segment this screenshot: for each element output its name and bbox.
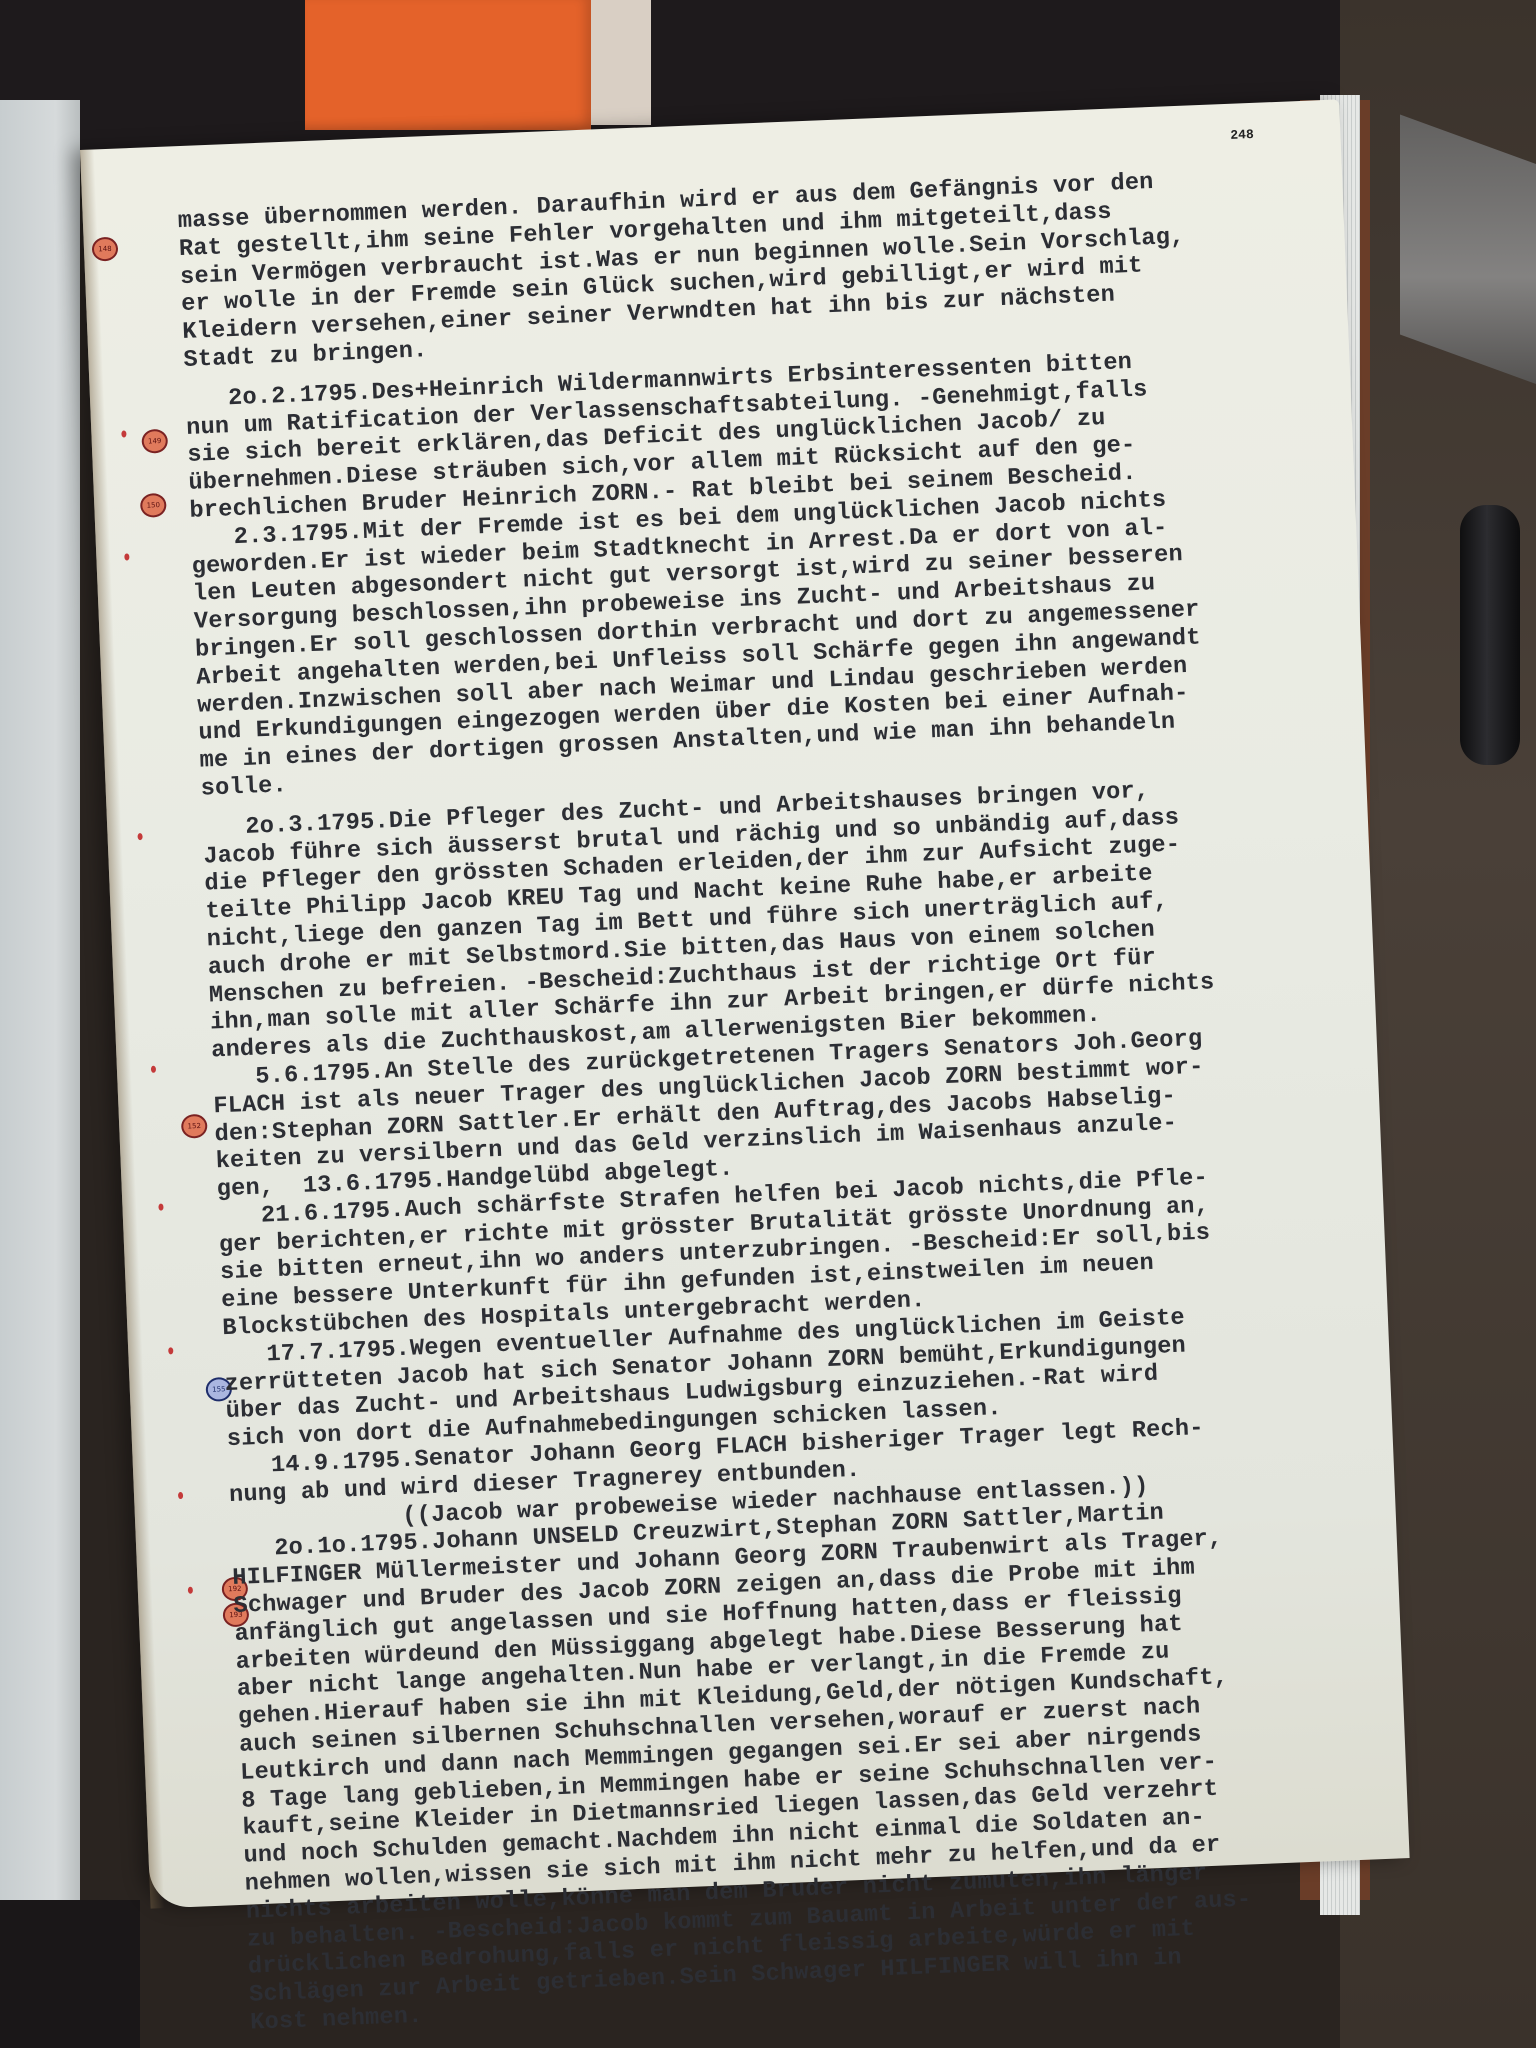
page-gutter [80,149,165,1908]
background-bottom [0,1900,140,2048]
pen-grip [1460,505,1520,765]
margin-stamp: 149 [141,429,168,454]
margin-dot [124,553,129,560]
left-page-edge [0,100,80,2048]
document-page: 248 148 149 150 152 155 192 193 masse üb… [80,99,1410,1908]
margin-dot [188,1587,193,1594]
margin-dot [137,833,142,840]
page-number: 248 [1230,127,1254,143]
margin-stamp: 148 [92,237,119,262]
margin-stamp: 152 [181,1114,208,1139]
margin-dot [178,1492,183,1499]
typewritten-text: masse übernommen werden. Daraufhin wird … [177,162,1410,2038]
margin-stamp: 150 [140,493,167,518]
margin-dot [151,1066,156,1073]
margin-dot [121,430,126,437]
paper-bookmark [591,0,651,125]
orange-bookmark [305,0,591,130]
margin-dot [158,1204,163,1211]
margin-dot [168,1347,173,1354]
